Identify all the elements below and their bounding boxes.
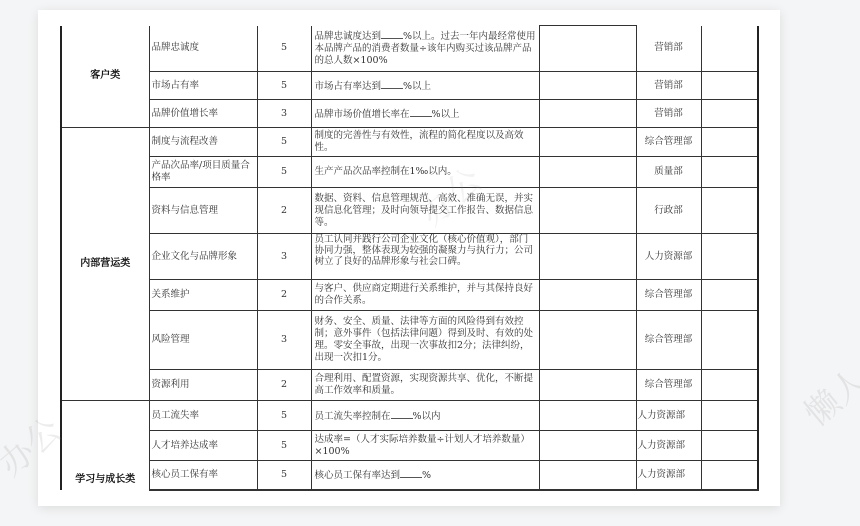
- score-cell[interactable]: [539, 188, 636, 234]
- department-cell: 人力资源部: [636, 234, 701, 280]
- remark-cell[interactable]: [701, 188, 758, 234]
- score-cell[interactable]: [539, 26, 636, 72]
- indicator-cell: 员工流失率: [149, 401, 257, 431]
- weight-cell: 5: [257, 72, 311, 100]
- document-page: 客户类 品牌忠诚度 5 品牌忠诚度达到%以上。过去一年内最经常使用本品牌产品的消…: [38, 10, 780, 506]
- standard-cell: 制度的完善性与有效性，流程的简化程度以及高效性。: [311, 128, 539, 157]
- fill-blank[interactable]: [381, 79, 403, 89]
- department-cell: 人力资源部: [636, 401, 701, 431]
- standard-cell: 员工流失率控制在%以内: [311, 401, 539, 431]
- remark-cell[interactable]: [701, 280, 758, 311]
- table-row: 人才培养达成率 5 达成率=（人才实际培养数量÷计划人才培养数量）×100% 人…: [61, 431, 758, 461]
- fill-blank[interactable]: [400, 468, 422, 478]
- indicator-cell: 核心员工保有率: [149, 461, 257, 490]
- table-row: 内部营运类 制度与流程改善 5 制度的完善性与有效性，流程的简化程度以及高效性。…: [61, 128, 758, 157]
- watermark-text: 懒人: [792, 354, 860, 435]
- remark-cell[interactable]: [701, 100, 758, 128]
- remark-cell[interactable]: [701, 26, 758, 72]
- department-cell: 行政部: [636, 188, 701, 234]
- indicator-cell: 关系维护: [149, 280, 257, 311]
- weight-cell: 2: [257, 370, 311, 401]
- score-cell[interactable]: [539, 234, 636, 280]
- score-cell[interactable]: [539, 311, 636, 370]
- standard-cell: 品牌忠诚度达到%以上。过去一年内最经常使用本品牌产品的消费者数量÷该年内购买过该…: [311, 26, 539, 72]
- indicator-cell: 资料与信息管理: [149, 188, 257, 234]
- table-row: 市场占有率 5 市场占有率达到%以上 营销部: [61, 72, 758, 100]
- score-cell[interactable]: [539, 461, 636, 490]
- category-cell: 客户类: [61, 26, 149, 128]
- department-cell: 营销部: [636, 100, 701, 128]
- weight-cell: 5: [257, 431, 311, 461]
- department-cell: 综合管理部: [636, 370, 701, 401]
- department-cell: 质量部: [636, 157, 701, 188]
- standard-cell: 与客户、供应商定期进行关系维护，并与其保持良好的合作关系。: [311, 280, 539, 311]
- weight-cell: 5: [257, 461, 311, 490]
- standard-cell: 数据、资料、信息管理规范、高效、准确无误，并实现信息化管理；及时向领导提交工作报…: [311, 188, 539, 234]
- weight-cell: 2: [257, 280, 311, 311]
- department-cell: 综合管理部: [636, 128, 701, 157]
- standard-cell: 市场占有率达到%以上: [311, 72, 539, 100]
- table-row: 资源利用 2 合理利用、配置资源，实现资源共享、优化，不断提高工作效率和质量。 …: [61, 370, 758, 401]
- indicator-cell: 品牌忠诚度: [149, 26, 257, 72]
- score-cell[interactable]: [539, 100, 636, 128]
- category-cell: 内部营运类: [61, 128, 149, 401]
- table-row: 品牌价值增长率 3 品牌市场价值增长率在%以上 营销部: [61, 100, 758, 128]
- department-cell: 综合管理部: [636, 280, 701, 311]
- remark-cell[interactable]: [701, 311, 758, 370]
- weight-cell: 5: [257, 157, 311, 188]
- indicator-cell: 产品次品率/项目质量合格率: [149, 157, 257, 188]
- kpi-table: 客户类 品牌忠诚度 5 品牌忠诚度达到%以上。过去一年内最经常使用本品牌产品的消…: [60, 25, 759, 491]
- score-cell[interactable]: [539, 401, 636, 431]
- table-row: 企业文化与品牌形象 3 员工认同并践行公司企业文化（核心价值观），部门协同力强，…: [61, 234, 758, 280]
- remark-cell[interactable]: [701, 370, 758, 401]
- indicator-cell: 品牌价值增长率: [149, 100, 257, 128]
- standard-cell: 达成率=（人才实际培养数量÷计划人才培养数量）×100%: [311, 431, 539, 461]
- remark-cell[interactable]: [701, 157, 758, 188]
- fill-blank[interactable]: [410, 107, 432, 117]
- standard-cell: 核心员工保有率达到%: [311, 461, 539, 490]
- weight-cell: 5: [257, 128, 311, 157]
- table-row: 风险管理 3 财务、安全、质量、法律等方面的风险得到有效控制；意外事件（包括法律…: [61, 311, 758, 370]
- standard-cell: 财务、安全、质量、法律等方面的风险得到有效控制；意外事件（包括法律问题）得到及时…: [311, 311, 539, 370]
- weight-cell: 3: [257, 234, 311, 280]
- weight-cell: 5: [257, 26, 311, 72]
- indicator-cell: 企业文化与品牌形象: [149, 234, 257, 280]
- standard-cell: 合理利用、配置资源，实现资源共享、优化，不断提高工作效率和质量。: [311, 370, 539, 401]
- category-cell: 学习与成长类: [61, 401, 149, 490]
- indicator-cell: 人才培养达成率: [149, 431, 257, 461]
- indicator-cell: 风险管理: [149, 311, 257, 370]
- department-cell: 综合管理部: [636, 311, 701, 370]
- standard-cell: 员工认同并践行公司企业文化（核心价值观），部门协同力强，整体表现为较强的凝聚力与…: [311, 234, 539, 280]
- remark-cell[interactable]: [701, 461, 758, 490]
- remark-cell[interactable]: [701, 128, 758, 157]
- department-cell: 营销部: [636, 26, 701, 72]
- remark-cell[interactable]: [701, 234, 758, 280]
- table-row: 产品次品率/项目质量合格率 5 生产产品次品率控制在1‰以内。 质量部: [61, 157, 758, 188]
- table-row: 关系维护 2 与客户、供应商定期进行关系维护，并与其保持良好的合作关系。 综合管…: [61, 280, 758, 311]
- department-cell: 人力资源部: [636, 431, 701, 461]
- remark-cell[interactable]: [701, 72, 758, 100]
- department-cell: 营销部: [636, 72, 701, 100]
- remark-cell[interactable]: [701, 431, 758, 461]
- table-row: 资料与信息管理 2 数据、资料、信息管理规范、高效、准确无误，并实现信息化管理；…: [61, 188, 758, 234]
- weight-cell: 2: [257, 188, 311, 234]
- score-cell[interactable]: [539, 128, 636, 157]
- indicator-cell: 资源利用: [149, 370, 257, 401]
- standard-cell: 品牌市场价值增长率在%以上: [311, 100, 539, 128]
- weight-cell: 3: [257, 311, 311, 370]
- score-cell[interactable]: [539, 431, 636, 461]
- table-row: 核心员工保有率 5 核心员工保有率达到% 人力资源部: [61, 461, 758, 490]
- table-row: 客户类 品牌忠诚度 5 品牌忠诚度达到%以上。过去一年内最经常使用本品牌产品的消…: [61, 26, 758, 72]
- remark-cell[interactable]: [701, 401, 758, 431]
- indicator-cell: 市场占有率: [149, 72, 257, 100]
- weight-cell: 3: [257, 100, 311, 128]
- department-cell: 人力资源部: [636, 461, 701, 490]
- score-cell[interactable]: [539, 370, 636, 401]
- score-cell[interactable]: [539, 280, 636, 311]
- fill-blank[interactable]: [381, 29, 403, 39]
- standard-cell: 生产产品次品率控制在1‰以内。: [311, 157, 539, 188]
- score-cell[interactable]: [539, 72, 636, 100]
- score-cell[interactable]: [539, 157, 636, 188]
- table-row: 学习与成长类 员工流失率 5 员工流失率控制在%以内 人力资源部: [61, 401, 758, 431]
- indicator-cell: 制度与流程改善: [149, 128, 257, 157]
- fill-blank[interactable]: [391, 409, 413, 419]
- weight-cell: 5: [257, 401, 311, 431]
